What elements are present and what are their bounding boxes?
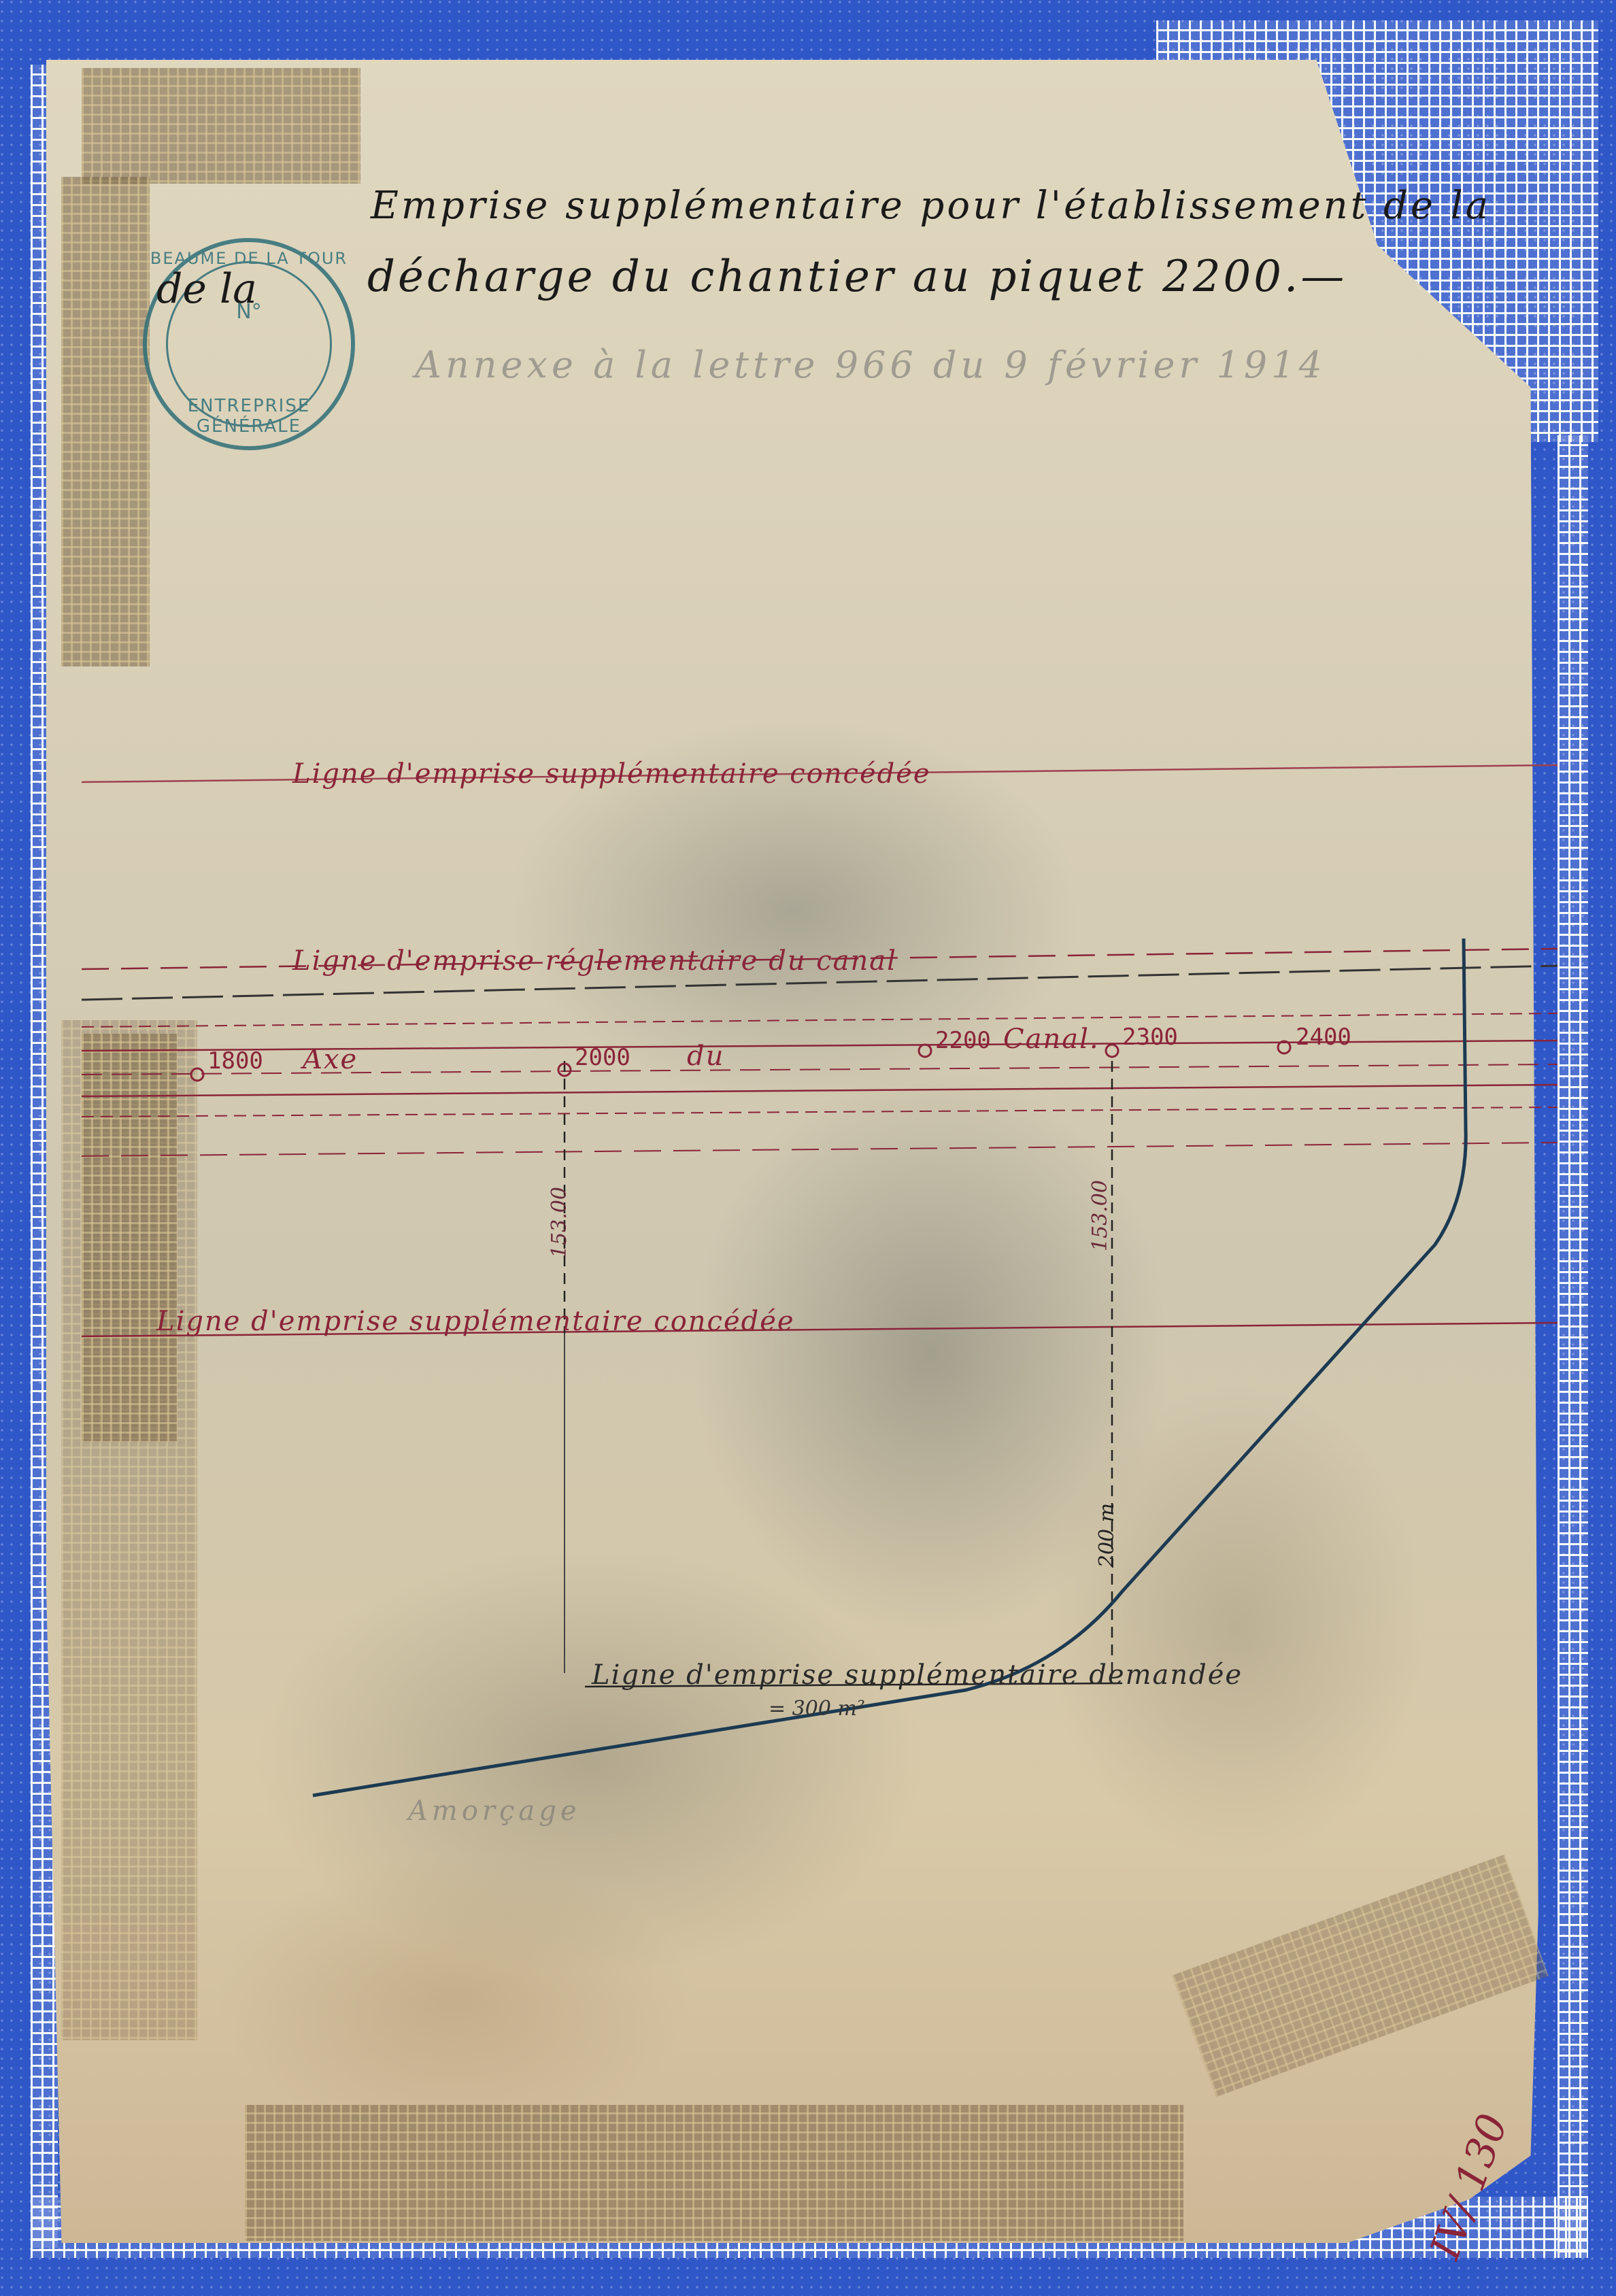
dimension-right: 153.00 bbox=[1088, 1180, 1112, 1251]
picket-1800: 1800 bbox=[207, 1047, 263, 1075]
picket-2200: 2200 bbox=[935, 1027, 991, 1054]
pencil-bottom-note: Amorçage bbox=[408, 1795, 581, 1827]
axis-word-canal: Canal. bbox=[1003, 1024, 1100, 1055]
area-note: = 300 m² bbox=[769, 1697, 865, 1721]
dimension-left: 153.00 bbox=[548, 1187, 571, 1258]
label-line-conceded-lower: Ligne d'emprise supplémentaire concédée bbox=[156, 1306, 795, 1337]
picket-2000: 2000 bbox=[575, 1044, 630, 1071]
plan-drawing bbox=[0, 0, 1616, 2296]
axis-word-du: du bbox=[687, 1041, 724, 1072]
label-line-regulatory: Ligne d'emprise réglementaire du canal bbox=[292, 945, 897, 977]
picket-2400: 2400 bbox=[1296, 1024, 1351, 1051]
label-line-requested: Ligne d'emprise supplémentaire demandée bbox=[592, 1659, 1243, 1691]
dimension-lower: 200 m bbox=[1095, 1503, 1119, 1568]
label-line-conceded: Ligne d'emprise supplémentaire concédée bbox=[292, 758, 931, 790]
picket-2300: 2300 bbox=[1122, 1024, 1178, 1051]
axis-word-axe: Axe bbox=[303, 1044, 358, 1075]
